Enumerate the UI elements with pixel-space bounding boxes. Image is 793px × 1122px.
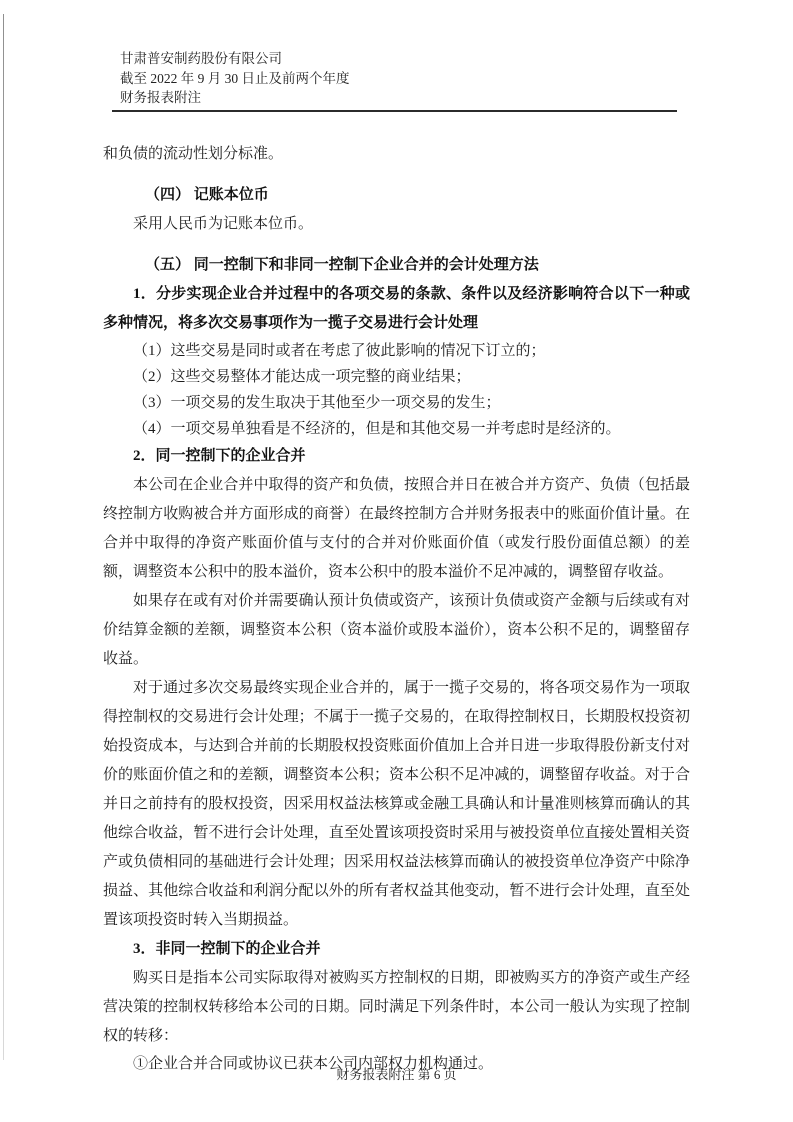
list-item-4: （4）一项交易单独看是不经济的，但是和其他交易一并考虑时是经济的。 <box>103 416 690 442</box>
paragraph: 本公司在企业合并中取得的资产和负债，按照合并日在被合并方资产、负债（包括最终控制… <box>103 471 690 587</box>
paragraph: 采用人民币为记账本位币。 <box>103 210 690 239</box>
page-edge-shadow <box>3 14 4 1060</box>
paragraph: 如果存在或有对价并需要确认预计负债或资产，该预计负债或资产金额与后续或有对价结算… <box>103 587 690 674</box>
header-rule <box>112 110 677 112</box>
subsection-heading-3: 3．非同一控制下的企业合并 <box>103 935 690 964</box>
document-header: 甘肃普安制药股份有限公司 截至 2022 年 9 月 30 日止及前两个年度 财… <box>120 49 350 108</box>
section-heading-4: （四） 记账本位币 <box>103 181 690 210</box>
paragraph: 对于通过多次交易最终实现企业合并的，属于一揽子交易的，将各项交易作为一项取得控制… <box>103 674 690 935</box>
section-heading-5: （五） 同一控制下和非同一控制下企业合并的会计处理方法 <box>103 251 690 280</box>
page-footer: 财务报表附注 第 6 页 <box>0 1064 793 1083</box>
report-period: 截至 2022 年 9 月 30 日止及前两个年度 <box>120 69 350 89</box>
list-item-3: （3）一项交易的发生取决于其他至少一项交易的发生； <box>103 390 690 416</box>
list-item-2: （2）这些交易整体才能达成一项完整的商业结果； <box>103 364 690 390</box>
paragraph-continuation: 和负债的流动性划分标准。 <box>103 140 690 169</box>
document-body: 和负债的流动性划分标准。（四） 记账本位币采用人民币为记账本位币。（五） 同一控… <box>103 140 690 1077</box>
list-item-1: （1）这些交易是同时或者在考虑了彼此影响的情况下订立的； <box>103 338 690 364</box>
subsection-heading-1: 1．分步实现企业合并过程中的各项交易的条款、条件以及经济影响符合以下一种或多种情… <box>103 280 690 338</box>
subsection-heading-2: 2．同一控制下的企业合并 <box>103 442 690 471</box>
doc-title: 财务报表附注 <box>120 88 350 108</box>
company-name: 甘肃普安制药股份有限公司 <box>120 49 350 69</box>
document-page: 甘肃普安制药股份有限公司 截至 2022 年 9 月 30 日止及前两个年度 财… <box>0 0 793 1122</box>
paragraph: 购买日是指本公司实际取得对被购买方控制权的日期，即被购买方的净资产或生产经营决策… <box>103 964 690 1051</box>
